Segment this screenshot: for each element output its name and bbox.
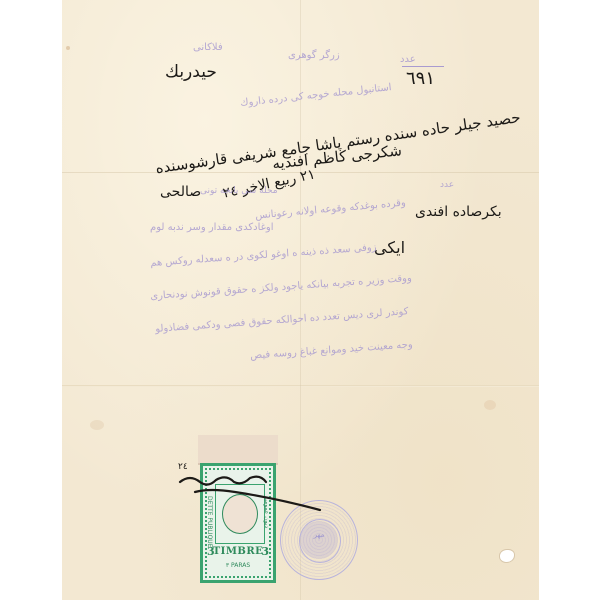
seal-text: مهر [281, 531, 357, 539]
number-underline [402, 66, 444, 67]
stamp-value-right: 3 [261, 545, 269, 558]
document-number: ٦٩١ [406, 68, 435, 89]
ink-word-iki: ايكى [374, 238, 405, 257]
seal-inner-ring [299, 519, 341, 563]
ink-line-name: صالحى [160, 184, 201, 200]
pencil-note-top-left: فلاكانى [193, 42, 223, 53]
stamp-denomination: ۳ PARAS [203, 562, 273, 569]
stain-spot [90, 420, 104, 430]
stain-spot [66, 46, 70, 50]
signature-date: ٢٤ [178, 462, 188, 472]
number-label: عدد [400, 54, 416, 65]
stamp-selvage [198, 435, 278, 465]
pencil-line-3b: اوغادكدى مقدار وسر ندبه لوم [150, 222, 273, 233]
pencil-line-2: محله سى بانجه تونى [200, 186, 278, 196]
signature-stroke [175, 470, 325, 510]
pencil-note-top-center: زرگر گوهرى [288, 50, 340, 61]
stain-spot [484, 400, 496, 410]
ink-line-name-2: بكرصاده افندى [415, 204, 502, 220]
recipient-name: حيدربك [165, 62, 217, 82]
official-seal: مهر [280, 500, 358, 580]
paper-hole [500, 550, 514, 562]
pencil-note-right: عدد [440, 180, 454, 190]
